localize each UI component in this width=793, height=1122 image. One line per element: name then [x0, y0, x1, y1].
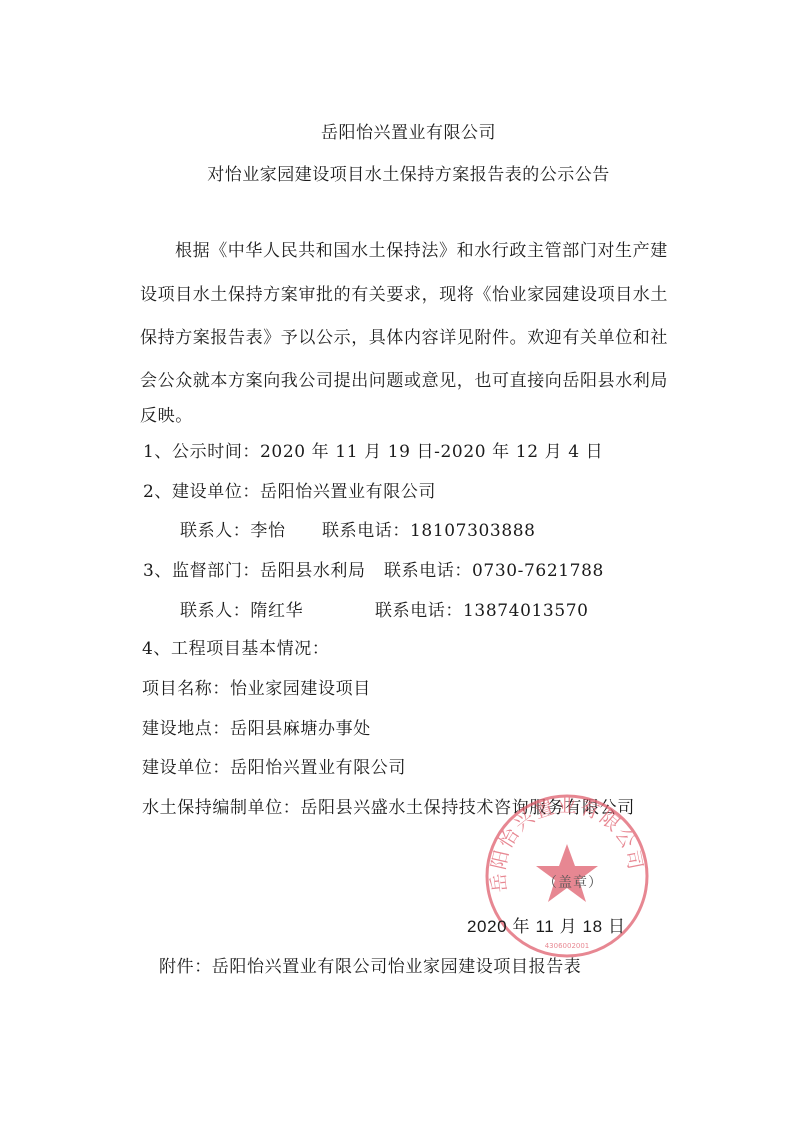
soil-water-compiler: 水土保持编制单位：岳阳县兴盛水土保持技术咨询服务有限公司	[142, 793, 635, 818]
notice-title: 对怡业家园建设项目水土保持方案报告表的公示公告	[12, 160, 793, 185]
supervision-phone: 联系电话：0730-7621788	[384, 556, 604, 581]
project-name: 项目名称：怡业家园建设项目	[142, 674, 371, 699]
publicity-time: 1、公示时间：2020 年 11 月 19 日-2020 年 12 月 4 日	[143, 437, 603, 462]
company-title: 岳阳怡兴置业有限公司	[12, 118, 793, 143]
intro-line: 会公众就本方案向我公司提出问题或意见，也可直接向岳阳县水利局	[140, 366, 668, 391]
project-builder: 建设单位：岳阳怡兴置业有限公司	[142, 753, 406, 778]
intro-line: 设项目水土保持方案审批的有关要求，现将《怡业家园建设项目水土	[140, 280, 668, 305]
construction-contact: 联系人：李怡	[180, 516, 286, 541]
supervision-contact-phone: 联系电话：13874013570	[375, 596, 589, 621]
seal-note: （盖章）	[543, 872, 603, 892]
intro-line: 保持方案报告表》予以公示，具体内容详见附件。欢迎有关单位和社	[140, 323, 668, 348]
svg-text:4306002001: 4306002001	[545, 942, 590, 950]
supervision-dept: 3、监督部门：岳阳县水利局	[143, 556, 366, 581]
document-date: 2020 年 11 月 18 日	[467, 912, 626, 937]
project-basic-heading: 4、工程项目基本情况：	[142, 634, 329, 659]
project-location: 建设地点：岳阳县麻塘办事处	[142, 714, 371, 739]
document-page: 岳阳怡兴置业有限公司 对怡业家园建设项目水土保持方案报告表的公示公告 根据《中华…	[0, 0, 793, 1122]
construction-unit: 2、建设单位：岳阳怡兴置业有限公司	[143, 477, 436, 502]
construction-phone: 联系电话：18107303888	[322, 516, 536, 541]
attachment: 附件：岳阳怡兴置业有限公司怡业家园建设项目报告表	[159, 952, 581, 977]
intro-line: 根据《中华人民共和国水土保持法》和水行政主管部门对生产建	[175, 236, 668, 261]
intro-line: 反映。	[140, 401, 193, 426]
supervision-contact: 联系人：隋红华	[180, 596, 303, 621]
